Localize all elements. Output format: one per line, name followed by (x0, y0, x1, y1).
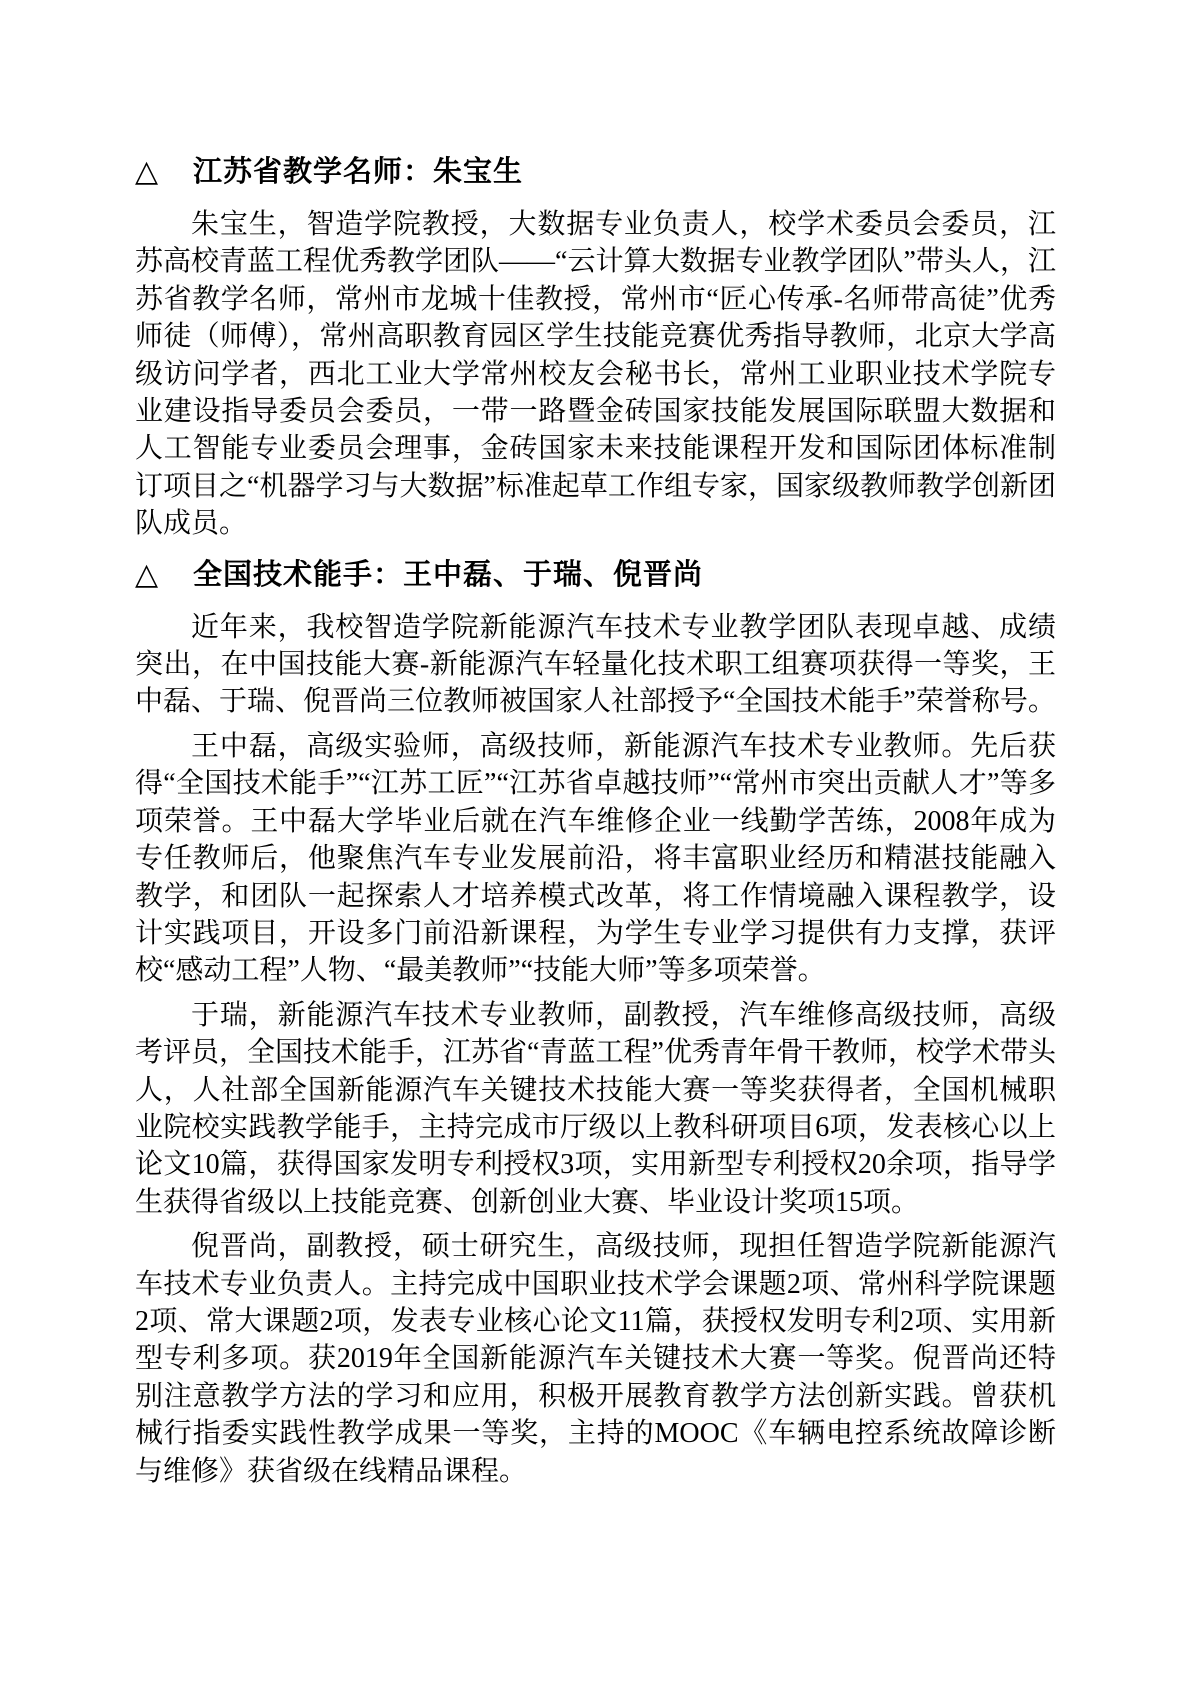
document-page: △ 江苏省教学名师：朱宝生 朱宝生，智造学院教授，大数据专业负责人，校学术委员会… (0, 0, 1191, 1684)
paragraph-yurui-bio: 于瑞，新能源汽车技术专业教师，副教授，汽车维修高级技师，高级考评员，全国技术能手… (135, 997, 1056, 1221)
document-content: △ 江苏省教学名师：朱宝生 朱宝生，智造学院教授，大数据专业负责人，校学术委员会… (135, 152, 1056, 1497)
heading-jiangsu-teaching-master: △ 江苏省教学名师：朱宝生 (135, 152, 1056, 192)
heading-national-technical-experts: △ 全国技术能手：王中磊、于瑞、倪晋尚 (135, 555, 1056, 595)
paragraph-wangzhonglei-bio: 王中磊，高级实验师，高级技师，新能源汽车技术专业教师。先后获得“全国技术能手”“… (135, 728, 1056, 990)
triangle-bullet-icon: △ (135, 152, 193, 192)
heading-text: 全国技术能手：王中磊、于瑞、倪晋尚 (193, 555, 703, 595)
heading-text: 江苏省教学名师：朱宝生 (193, 152, 523, 192)
paragraph-nijinshang-bio: 倪晋尚，副教授，硕士研究生，高级技师，现担任智造学院新能源汽车技术专业负责人。主… (135, 1228, 1056, 1490)
paragraph-team-intro: 近年来，我校智造学院新能源汽车技术专业教学团队表现卓越、成绩突出，在中国技能大赛… (135, 609, 1056, 721)
triangle-bullet-icon: △ (135, 555, 193, 595)
paragraph-zhubaosheng-bio: 朱宝生，智造学院教授，大数据专业负责人，校学术委员会委员，江苏高校青蓝工程优秀教… (135, 206, 1056, 543)
